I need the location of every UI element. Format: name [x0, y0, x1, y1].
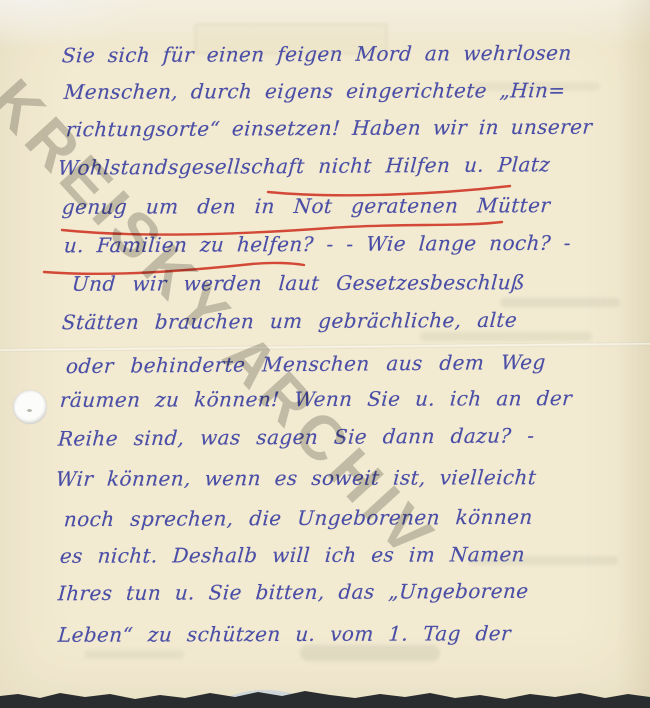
handwriting-line-8: Stätten brauchen um gebrächliche, alte: [61, 310, 517, 332]
handwriting-line-15: Ihres tun u. Sie bitten, das „Ungeborene: [57, 581, 529, 603]
handwriting-line-2: Menschen, durch eigens eingerichtete „Hi…: [63, 80, 566, 102]
handwriting-line-13: noch sprechen, die Ungeborenen können: [63, 507, 533, 529]
handwriting-line-3: richtungsorte“ einsetzen! Haben wir in u…: [65, 117, 593, 140]
punch-hole-speck: [27, 409, 32, 412]
handwriting-line-14: es nicht. Deshalb will ich es im Namen: [59, 544, 525, 566]
punch-hole: [13, 390, 47, 424]
handwriting-line-1: Sie sich für einen feigen Mord an wehrlo…: [61, 43, 572, 66]
torn-bottom-edge: [0, 686, 650, 708]
handwriting-line-4: Wohlstandsgesellschaft nicht Hilfen u. P…: [57, 154, 551, 177]
scanner-background-edge: [0, 691, 650, 708]
document-scan: Sie sich für einen feigen Mord an wehrlo…: [0, 0, 650, 708]
handwriting-line-12: Wir können, wenn es soweit ist, vielleic…: [55, 467, 537, 489]
handwriting-line-16: Leben“ zu schützen u. vom 1. Tag der: [57, 623, 511, 645]
